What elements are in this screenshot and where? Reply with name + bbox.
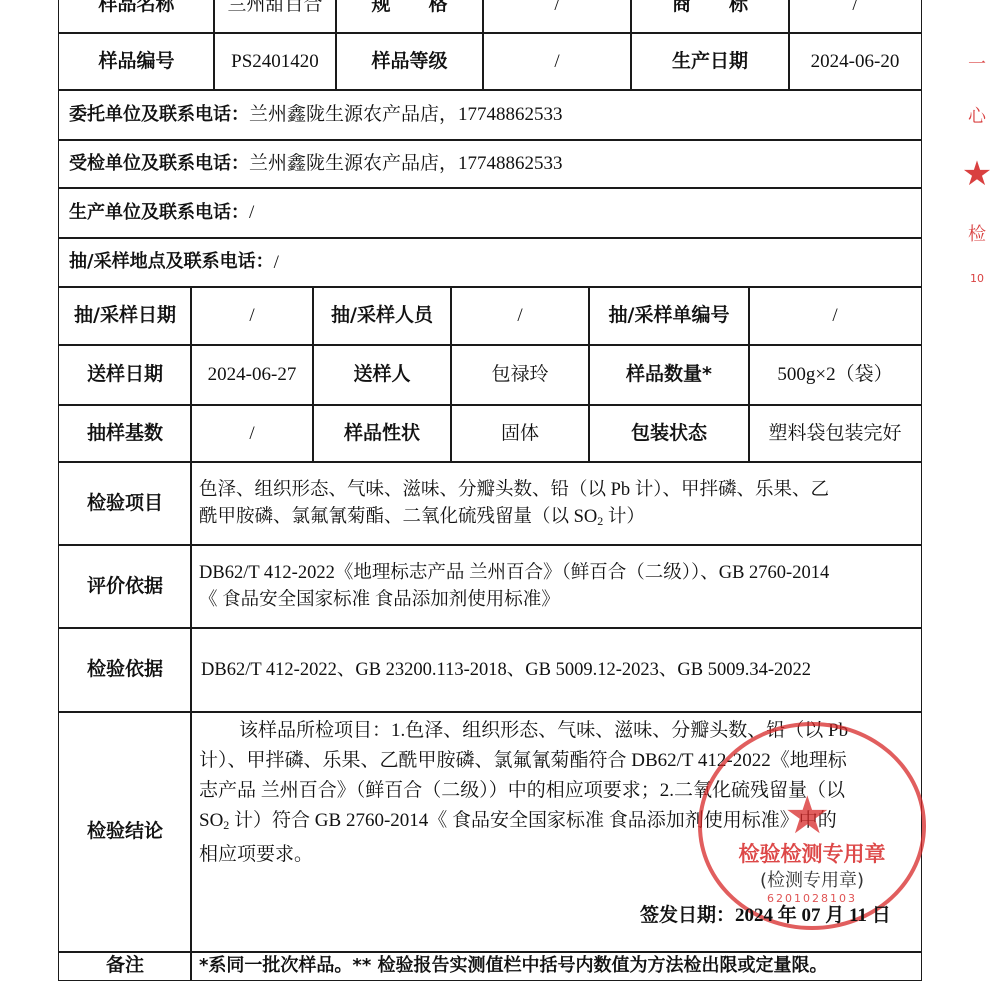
value-sampling-form-no: / [748, 286, 922, 346]
value-sample-name: 兰州甜百合 [213, 0, 337, 34]
value-spec: / [482, 0, 632, 34]
client-value: 兰州鑫陇生源农产品店，17748862533 [249, 101, 563, 129]
label-sampling-form-no: 抽/采样单编号 [588, 286, 750, 346]
label-evaluation-basis: 评价依据 [58, 544, 192, 629]
value-package-state: 塑料袋包装完好 [748, 404, 922, 463]
label-sample-grade: 样品等级 [335, 32, 484, 91]
label-trademark: 商 标 [630, 0, 790, 34]
value-sample-id: PS2401420 [213, 32, 337, 91]
inspected-unit-label: 受检单位及联系电话： [69, 151, 249, 177]
sampling-site-row: 抽/采样地点及联系电话：/ [58, 237, 922, 288]
conclusion-line-5: 相应项要求。 [199, 840, 848, 870]
side-seal-char: 检 [968, 220, 986, 246]
issue-date-value: 2024 年 07 月 11 日 [735, 905, 891, 926]
label-test-basis: 检验依据 [58, 627, 192, 713]
label-remarks: 备注 [58, 951, 192, 981]
side-seal-char: 一 [968, 50, 986, 76]
value-test-items: 色泽、组织形态、气味、滋味、分瓣头数、铅（以 Pb 计）、甲拌磷、乐果、乙 酰甲… [190, 461, 922, 546]
test-items-line-1: 色泽、组织形态、气味、滋味、分瓣头数、铅（以 Pb 计）、甲拌磷、乐果、乙 [199, 477, 829, 504]
sampling-site-value: / [274, 249, 279, 277]
label-package-state: 包装状态 [588, 404, 750, 463]
test-items-line-2: 酰甲胺磷、氯氟氰菊酯、二氧化硫残留量（以 SO2 计） [199, 504, 829, 531]
value-sampling-base: / [190, 404, 314, 463]
label-production-date: 生产日期 [630, 32, 790, 91]
evaluation-basis-line-1: DB62/T 412-2022《地理标志产品 兰州百合》（鲜百合（二级））、GB… [199, 560, 829, 587]
issue-date-label: 签发日期： [640, 904, 735, 926]
label-sample-name: 样品名称 [58, 0, 215, 34]
issue-date: 签发日期：2024 年 07 月 11 日 [640, 900, 891, 927]
value-sampler: / [450, 286, 590, 346]
label-sampler: 抽/采样人员 [312, 286, 452, 346]
side-seal-star-icon: ★ [962, 154, 992, 194]
label-sampling-date: 抽/采样日期 [58, 286, 192, 346]
inspected-unit-value: 兰州鑫陇生源农产品店，17748862533 [249, 150, 563, 178]
conclusion-line-4: SO2 计）符合 GB 2760-2014《 食品安全国家标准 食品添加剂使用标… [199, 806, 848, 840]
value-sample-state: 固体 [450, 404, 590, 463]
producer-value: / [249, 199, 254, 227]
label-delivery-date: 送样日期 [58, 344, 192, 406]
client-row: 委托单位及联系电话：兰州鑫陇生源农产品店，17748862533 [58, 89, 922, 141]
value-test-basis: DB62/T 412-2022、GB 23200.113-2018、GB 500… [190, 627, 922, 713]
value-sampling-date: / [190, 286, 314, 346]
value-sample-grade: / [482, 32, 632, 91]
value-evaluation-basis: DB62/T 412-2022《地理标志产品 兰州百合》（鲜百合（二级））、GB… [190, 544, 922, 629]
label-spec: 规 格 [335, 0, 484, 34]
conclusion-line-3: 志产品 兰州百合》（鲜百合（二级））中的相应项要求；2.二氧化硫残留量（以 [199, 776, 848, 806]
producer-row: 生产单位及联系电话：/ [58, 187, 922, 239]
evaluation-basis-line-2: 《 食品安全国家标准 食品添加剂使用标准》 [199, 587, 829, 614]
conclusion-line-1: 该样品所检项目：1.色泽、组织形态、气味、滋味、分瓣头数、铅（以 Pb [199, 716, 848, 746]
test-report-page: 样品名称 兰州甜百合 规 格 / 商 标 / 样品编号 PS2401420 样品… [0, 0, 1000, 1000]
producer-label: 生产单位及联系电话： [69, 200, 249, 226]
value-delivery-date: 2024-06-27 [190, 344, 314, 406]
label-test-items: 检验项目 [58, 461, 192, 546]
side-seal-fragment: 一 心 ★ 检 10 [962, 50, 992, 260]
label-sampling-base: 抽样基数 [58, 404, 192, 463]
side-seal-char: 心 [968, 102, 986, 128]
value-deliverer: 包禄玲 [450, 344, 590, 406]
label-deliverer: 送样人 [312, 344, 452, 406]
value-production-date: 2024-06-20 [788, 32, 922, 91]
value-trademark: / [788, 0, 922, 34]
side-seal-char: 10 [970, 272, 984, 285]
label-conclusion: 检验结论 [58, 711, 192, 953]
label-sample-state: 样品性状 [312, 404, 452, 463]
client-label: 委托单位及联系电话： [69, 102, 249, 128]
conclusion-line-2: 计）、甲拌磷、乐果、乙酰甲胺磷、氯氟氰菊酯符合 DB62/T 412-2022《… [199, 746, 848, 776]
value-sample-quantity: 500g×2（袋） [748, 344, 922, 406]
inspected-unit-row: 受检单位及联系电话：兰州鑫陇生源农产品店，17748862533 [58, 139, 922, 189]
value-remarks: *系同一批次样品。** 检验报告实测值栏中括号内数值为方法检出限或定量限。 [190, 951, 922, 981]
label-sample-quantity: 样品数量* [588, 344, 750, 406]
sampling-site-label: 抽/采样地点及联系电话： [69, 249, 274, 275]
label-sample-id: 样品编号 [58, 32, 215, 91]
